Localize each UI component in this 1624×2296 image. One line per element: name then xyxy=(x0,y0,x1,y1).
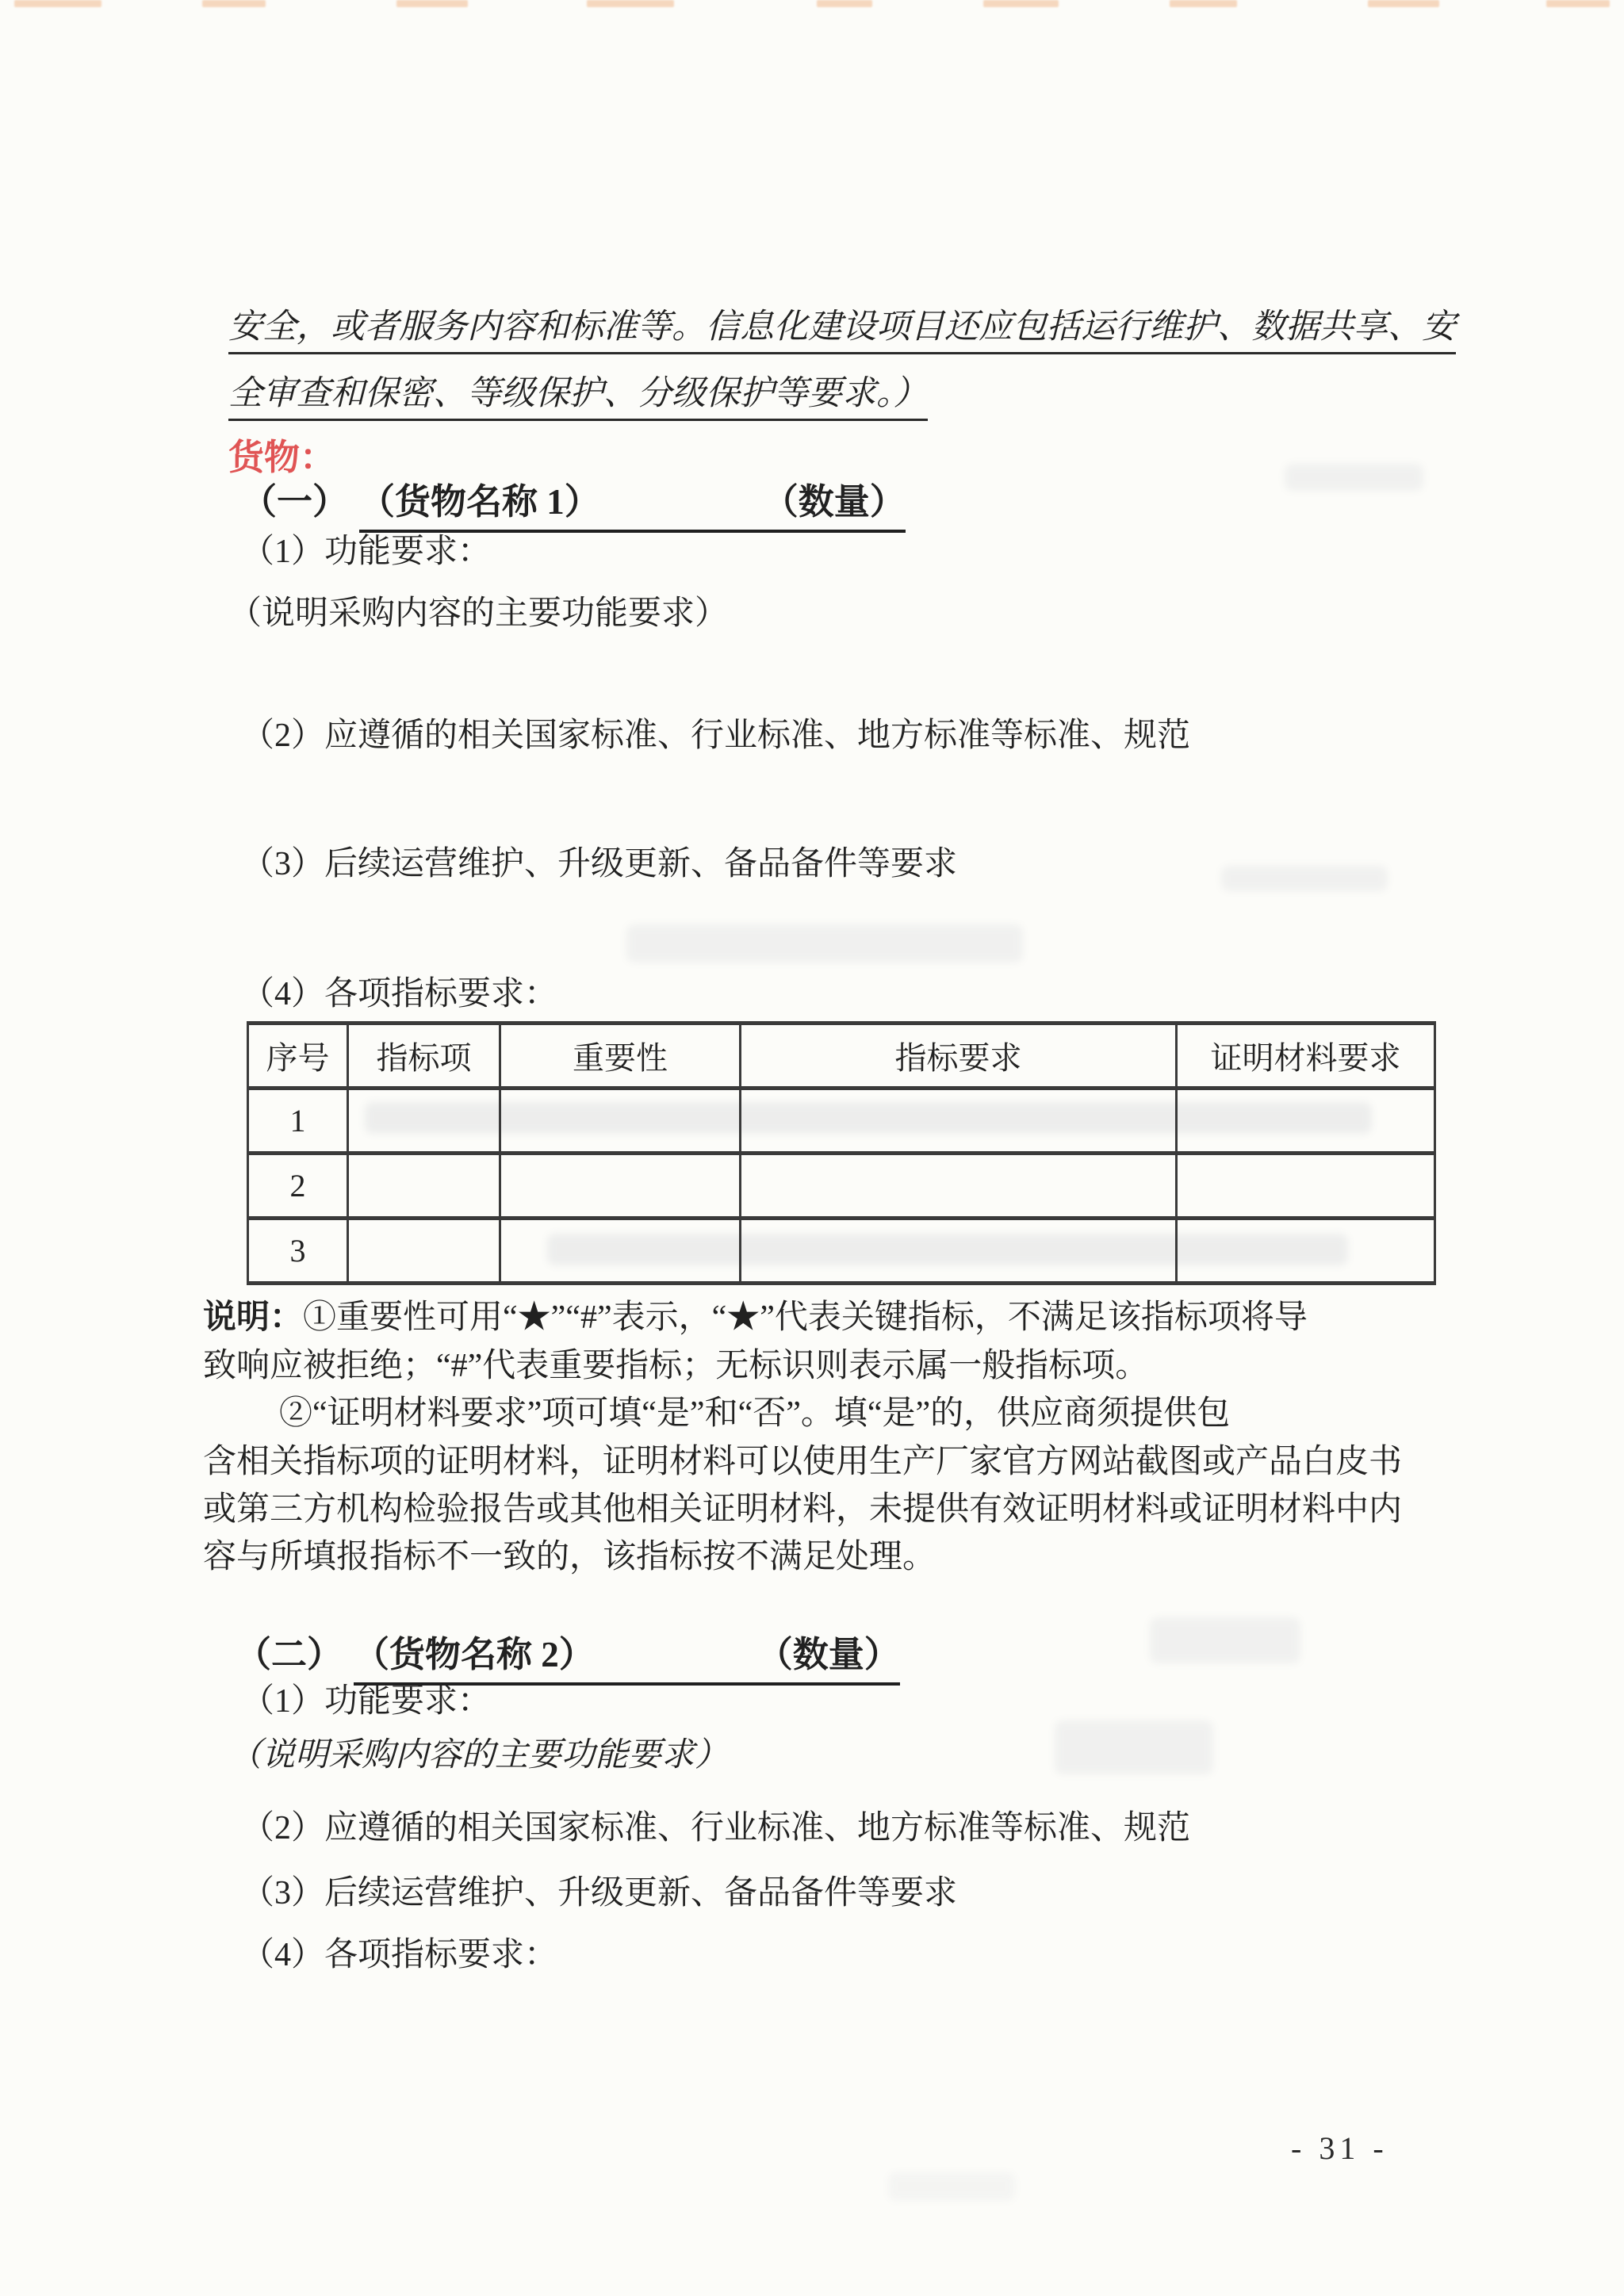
page-number: - 31 - xyxy=(1291,2130,1388,2167)
spec-cell-requirement xyxy=(741,1154,1177,1219)
notes-line-3: ②“证明材料要求”项可填“是”和“否”。填“是”的，供应商须提供包 xyxy=(279,1387,1230,1434)
scan-artifact xyxy=(587,0,674,7)
section2-item-4: （3）后续运营维护、升级更新、备品备件等要求 xyxy=(241,1866,957,1914)
spec-table-row: 3 xyxy=(248,1219,1435,1284)
section2-qty-field: （数量） xyxy=(757,1635,900,1674)
section1-item-3: （2）应遵循的相关国家标准、行业标准、地方标准等标准、规范 xyxy=(241,709,1190,756)
scan-artifact xyxy=(396,0,468,7)
spec-cell-no: 2 xyxy=(248,1154,348,1219)
spec-cell-item xyxy=(348,1154,500,1219)
section2-item-1: （1）功能要求： xyxy=(241,1674,491,1722)
section1-item-1: （1）功能要求： xyxy=(241,525,491,572)
scan-artifact xyxy=(626,924,1023,962)
section1-underlined-fields: （货物名称 1）（数量） xyxy=(359,473,906,533)
scan-artifact xyxy=(14,0,101,7)
spec-table: 序号 指标项 重要性 指标要求 证明材料要求 1 2 xyxy=(247,1021,1436,1285)
spec-cell-item xyxy=(348,1219,500,1284)
scan-artifact xyxy=(1170,0,1237,7)
spec-table-header-no: 序号 xyxy=(248,1024,348,1089)
scan-artifact xyxy=(1285,464,1423,491)
scan-artifact xyxy=(1368,0,1439,7)
spec-table-header-item: 指标项 xyxy=(348,1024,500,1089)
spec-table-header-proof: 证明材料要求 xyxy=(1177,1024,1435,1089)
section1-goods-name-field: （货物名称 1） xyxy=(359,482,600,522)
section1-qty-field: （数量） xyxy=(763,482,906,522)
intro-paragraph-line-2: 全审查和保密、等级保护、分级保护等要求。） xyxy=(228,366,928,421)
scan-artifact xyxy=(1221,866,1388,891)
section2-item-2: （说明采购内容的主要功能要求） xyxy=(228,1728,728,1776)
scanned-document-page: 安全，或者服务内容和标准等。信息化建设项目还应包括运行维护、数据共享、安 全审查… xyxy=(0,0,1624,2296)
spec-cell-proof xyxy=(1177,1219,1435,1284)
spec-cell-item xyxy=(348,1089,500,1154)
spec-table-header-importance: 重要性 xyxy=(500,1024,741,1089)
spec-table-row: 1 xyxy=(248,1089,1435,1154)
scan-artifact xyxy=(202,0,266,7)
spec-cell-requirement xyxy=(741,1219,1177,1284)
section1-item-4: （3）后续运营维护、升级更新、备品备件等要求 xyxy=(241,837,957,885)
spec-table-header-row: 序号 指标项 重要性 指标要求 证明材料要求 xyxy=(248,1024,1435,1089)
scan-artifact xyxy=(1150,1617,1300,1663)
spec-table-row: 2 xyxy=(248,1154,1435,1219)
spec-cell-proof xyxy=(1177,1154,1435,1219)
section2-item-3: （2）应遵循的相关国家标准、行业标准、地方标准等标准、规范 xyxy=(241,1801,1190,1849)
intro-paragraph-line-1: 安全，或者服务内容和标准等。信息化建设项目还应包括运行维护、数据共享、安 xyxy=(228,300,1456,354)
notes-label: 说明： xyxy=(203,1299,303,1336)
section2-goods-name-field: （货物名称 2） xyxy=(354,1635,595,1674)
spec-cell-requirement xyxy=(741,1089,1177,1154)
spec-cell-no: 1 xyxy=(248,1089,348,1154)
notes-line-4: 含相关指标项的证明材料，证明材料可以使用生产厂家官方网站截图或产品白皮书 xyxy=(203,1435,1402,1483)
notes-line-1: 说明：①重要性可用“★”“#”表示，“★”代表关键指标，不满足该指标项将导 xyxy=(203,1291,1308,1338)
notes-line-1-text: ①重要性可用“★”“#”表示，“★”代表关键指标，不满足该指标项将导 xyxy=(303,1299,1308,1336)
scan-artifact xyxy=(1546,0,1610,7)
notes-line-2: 致响应被拒绝；“#”代表重要指标；无标识则表示属一般指标项。 xyxy=(203,1339,1148,1387)
scan-artifact xyxy=(1055,1720,1213,1774)
section2-item-5: （4）各项指标要求： xyxy=(241,1928,557,1976)
intro-line-1-text: 安全，或者服务内容和标准等。信息化建设项目还应包括运行维护、数据共享、安 xyxy=(228,300,1456,354)
scan-artifact xyxy=(888,2172,1015,2201)
scan-artifact xyxy=(817,0,872,7)
spec-cell-importance xyxy=(500,1089,741,1154)
scan-artifact xyxy=(983,0,1059,7)
section2-index: （二） xyxy=(236,1635,343,1674)
section1-heading: （一）（货物名称 1）（数量） xyxy=(241,473,906,533)
spec-table-header-requirement: 指标要求 xyxy=(741,1024,1177,1089)
section1-item-5: （4）各项指标要求： xyxy=(241,967,557,1015)
spec-cell-no: 3 xyxy=(248,1219,348,1284)
spec-cell-proof xyxy=(1177,1089,1435,1154)
notes-line-6: 容与所填报指标不一致的，该指标按不满足处理。 xyxy=(203,1530,936,1578)
spec-cell-importance xyxy=(500,1154,741,1219)
notes-line-5: 或第三方机构检验报告或其他相关证明材料，未提供有效证明材料或证明材料中内 xyxy=(203,1483,1402,1530)
intro-line-2-text: 全审查和保密、等级保护、分级保护等要求。） xyxy=(228,366,928,421)
section1-index: （一） xyxy=(241,482,348,522)
section1-item-2: （说明采购内容的主要功能要求） xyxy=(228,587,728,634)
spec-cell-importance xyxy=(500,1219,741,1284)
